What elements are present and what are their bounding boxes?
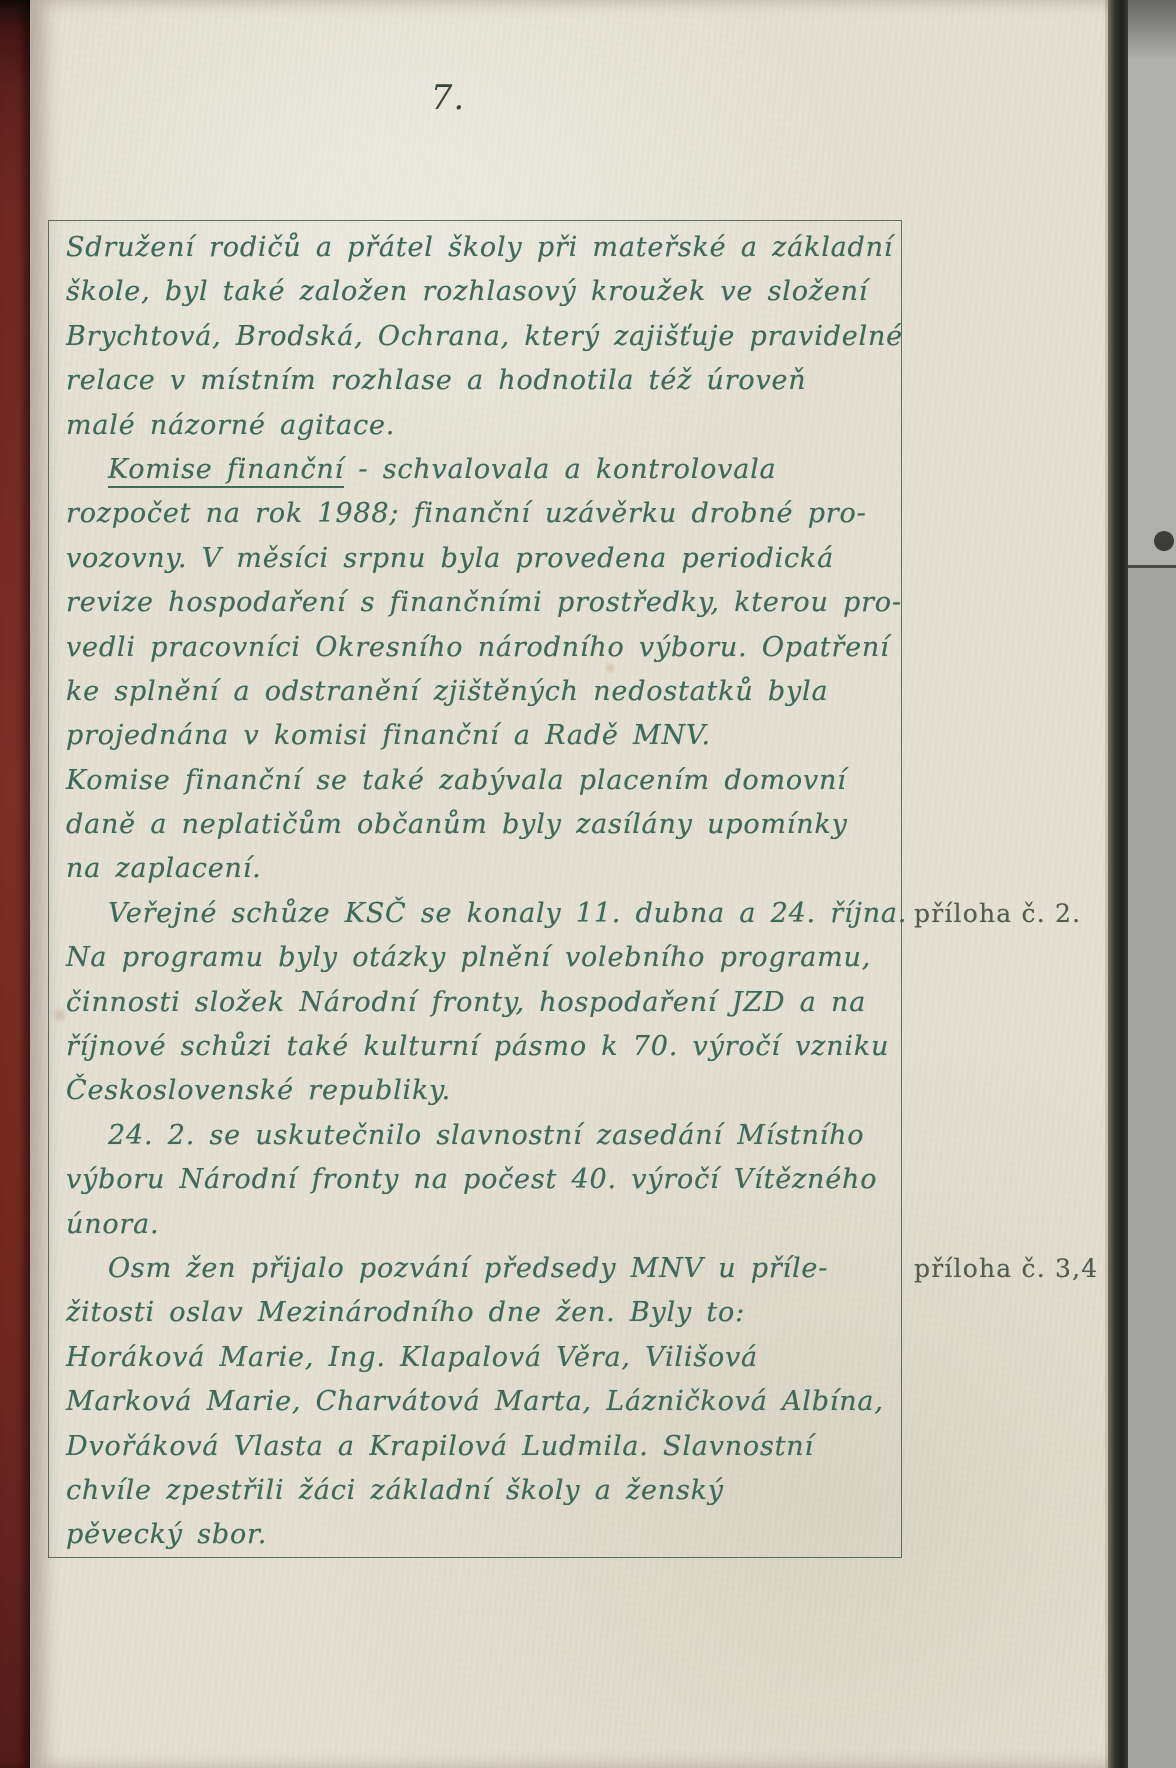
handwriting-line: výboru Národní fronty na počest 40. výro… — [66, 1158, 966, 1202]
handwriting-line: malé názorné agitace. — [66, 404, 966, 448]
surface-hole — [1154, 531, 1174, 551]
handwriting-line: revize hospodaření s finančními prostřed… — [66, 581, 966, 625]
handwriting-line: pěvecký sbor. — [66, 1513, 966, 1557]
handwritten-text-block: Sdružení rodičů a přátel školy při mateř… — [66, 226, 966, 1558]
photo-background: 7. Sdružení rodičů a přátel školy při ma… — [0, 0, 1176, 1768]
handwriting-line: Dvořáková Vlasta a Krapilová Ludmila. Sl… — [66, 1425, 966, 1469]
handwriting-line: na zaplacení. — [66, 847, 966, 891]
handwriting-line: rozpočet na rok 1988; finanční uzávěrku … — [66, 492, 966, 536]
handwriting-line: říjnové schůzi také kulturní pásmo k 70.… — [66, 1025, 966, 1069]
handwriting-line: vedli pracovníci Okresního národního výb… — [66, 626, 966, 670]
underlined-heading: Komise finanční — [108, 454, 344, 488]
page-edge-shadow — [1108, 0, 1128, 1768]
book-binding-strip — [0, 0, 30, 1768]
margin-note: příloha č. 3,4 — [914, 1247, 1098, 1291]
handwriting-line: Brychtová, Brodská, Ochrana, který zajiš… — [66, 315, 966, 359]
surface-lower-section — [1128, 568, 1176, 1768]
handwriting-line: Marková Marie, Charvátová Marta, Lázničk… — [66, 1380, 966, 1424]
handwriting-line: škole, byl také založen rozhlasový krouž… — [66, 270, 966, 314]
handwriting-line: projednána v komisi finanční a Radě MNV. — [66, 714, 966, 758]
surface-seam-line — [1128, 565, 1176, 568]
handwriting-line: 24. 2. se uskutečnilo slavnostní zasedán… — [66, 1114, 966, 1158]
handwriting-line: relace v místním rozhlase a hodnotila té… — [66, 359, 966, 403]
margin-note: příloha č. 2. — [914, 892, 1081, 936]
handwriting-line: Horáková Marie, Ing. Klapalová Věra, Vil… — [66, 1336, 966, 1380]
handwriting-line: činnosti složek Národní fronty, hospodař… — [66, 981, 966, 1025]
handwriting-line: Sdružení rodičů a přátel školy při mateř… — [66, 226, 966, 270]
handwriting-line: Osm žen přijalo pozvání předsedy MNV u p… — [66, 1247, 966, 1291]
handwriting-line: února. — [66, 1203, 966, 1247]
handwriting-line: vozovny. V měsíci srpnu byla provedena p… — [66, 537, 966, 581]
chronicle-page: 7. Sdružení rodičů a přátel školy při ma… — [30, 0, 1108, 1768]
handwriting-line: Veřejné schůze KSČ se konaly 11. dubna a… — [66, 892, 966, 936]
handwriting-line: Československé republiky. — [66, 1069, 966, 1113]
surface-top-shadow — [1128, 0, 1176, 60]
handwriting-line: Na programu byly otázky plnění volebního… — [66, 936, 966, 980]
handwriting-line: Komise finanční se také zabývala placení… — [66, 759, 966, 803]
table-surface — [1128, 0, 1176, 1768]
handwriting-line: chvíle zpestřili žáci základní školy a ž… — [66, 1469, 966, 1513]
handwriting-line: žitosti oslav Mezinárodního dne žen. Byl… — [66, 1291, 966, 1335]
handwriting-line: Komise finanční - schvalovala a kontrolo… — [66, 448, 966, 492]
page-number: 7. — [408, 78, 488, 118]
handwriting-line: daně a neplatičům občanům byly zasílány … — [66, 803, 966, 847]
handwriting-line: ke splnění a odstranění zjištěných nedos… — [66, 670, 966, 714]
